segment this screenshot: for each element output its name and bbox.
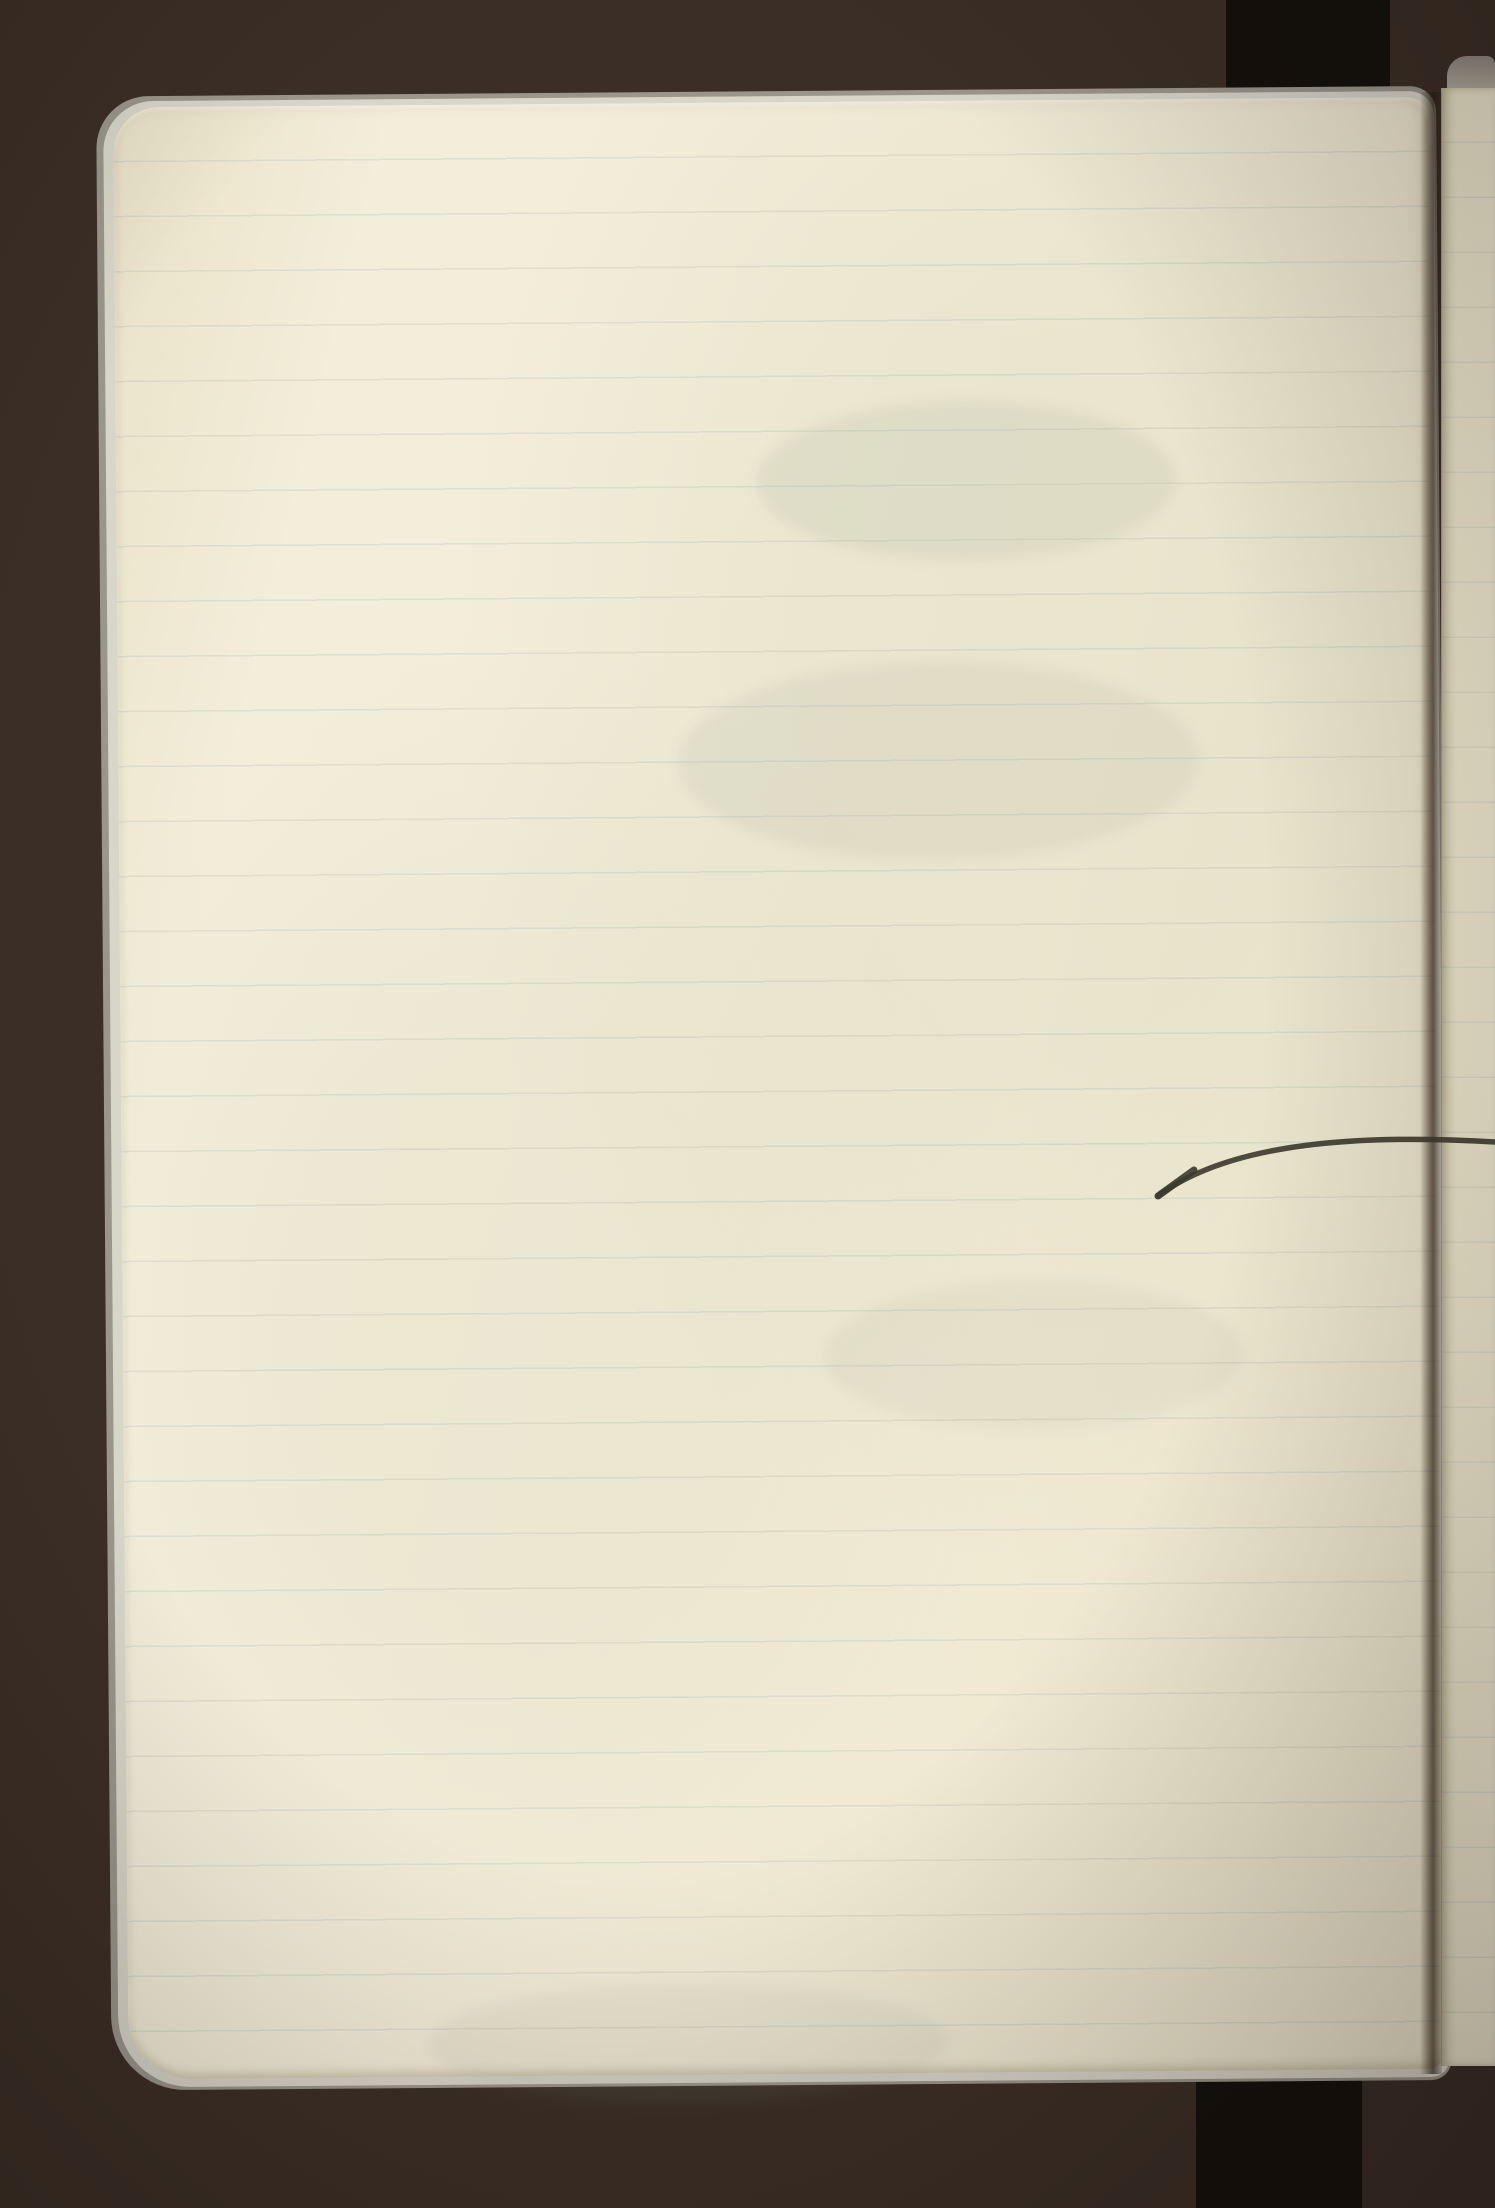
- handwriting-layer: [113, 97, 1444, 2079]
- gutter-shadow: [1420, 92, 1442, 2074]
- ribbon-bookmark-bottom: [1196, 2072, 1362, 2208]
- facing-page-sliver: [1441, 88, 1495, 2066]
- notebook-page: [113, 97, 1444, 2079]
- facing-handwriting-layer: [1441, 88, 1495, 2066]
- photographed-notebook: [0, 0, 1495, 2208]
